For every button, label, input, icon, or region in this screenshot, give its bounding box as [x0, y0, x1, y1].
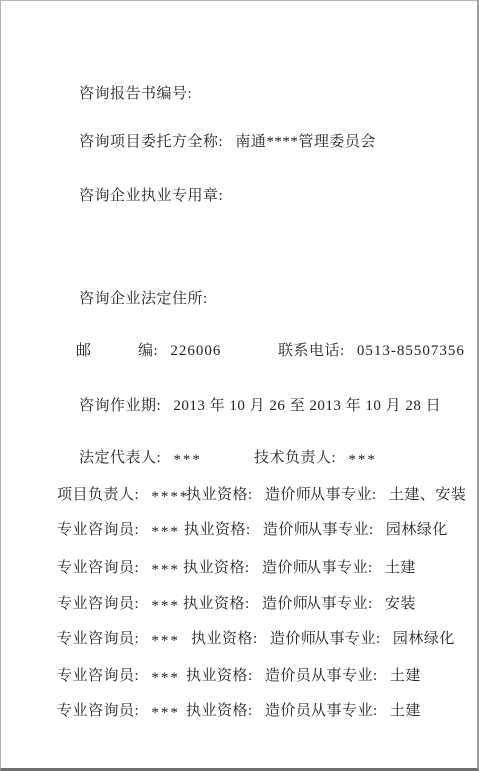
qualification-value: 造价师 — [263, 522, 310, 538]
work-period-label: 咨询作业期: — [79, 398, 161, 414]
document-page: 咨询报告书编号: 咨询项目委托方全称: 南通****管理委员会 咨询企业执业专用… — [0, 0, 479, 771]
qualification-value: 造价师 — [262, 560, 309, 576]
profession-label: 从事专业: — [310, 487, 377, 503]
profession-label: 从事专业: — [306, 596, 373, 612]
role-label: 专业咨询员: — [57, 668, 139, 684]
work-period-value: 2013 年 10 月 26 至 2013 年 10 月 28 日 — [173, 398, 441, 414]
client-name-label: 咨询项目委托方全称: — [79, 134, 223, 150]
postal-code-value: 226006 — [170, 343, 221, 359]
qualification-label: 执业资格: — [186, 487, 253, 503]
qualification-value: 造价师 — [265, 487, 312, 503]
qualification-label: 执业资格: — [184, 522, 251, 538]
profession-label: 从事专业: — [307, 522, 374, 538]
person-name: *** — [151, 670, 180, 686]
person-name: *** — [151, 562, 180, 578]
tech-rep-label: 技术负责人: — [254, 450, 336, 466]
person-name: *** — [151, 705, 180, 721]
postal-label: 编: — [138, 343, 158, 359]
tech-rep-value: *** — [348, 452, 377, 468]
role-label: 专业咨询员: — [57, 631, 139, 647]
role-label: 专业咨询员: — [57, 703, 139, 719]
qualification-label: 执业资格: — [191, 631, 258, 647]
profession-value: 土建 — [390, 703, 421, 719]
profession-label: 从事专业: — [311, 668, 378, 684]
qualification-label: 执业资格: — [186, 703, 253, 719]
profession-label: 从事专业: — [311, 703, 378, 719]
client-name-value: 南通****管理委员会 — [235, 134, 376, 150]
profession-value: 园林绿化 — [393, 631, 455, 647]
report-number-label: 咨询报告书编号: — [79, 86, 192, 102]
qualification-label: 执业资格: — [183, 596, 250, 612]
profession-value: 安装 — [385, 596, 416, 612]
person-name: **** — [151, 489, 189, 505]
postal-prefix-label: 邮 — [76, 343, 92, 359]
person-name: *** — [151, 633, 180, 649]
role-label: 项目负责人: — [57, 487, 139, 503]
profession-label: 从事专业: — [314, 631, 381, 647]
legal-rep-label: 法定代表人: — [79, 450, 161, 466]
qualification-value: 造价师 — [270, 631, 317, 647]
role-label: 专业咨询员: — [57, 560, 139, 576]
profession-label: 从事专业: — [306, 560, 373, 576]
qualification-value: 造价师 — [262, 596, 309, 612]
qualification-label: 执业资格: — [183, 560, 250, 576]
profession-value: 土建、安装 — [389, 487, 467, 503]
person-name: *** — [151, 524, 180, 540]
person-name: *** — [151, 598, 180, 614]
legal-rep-value: *** — [173, 452, 202, 468]
profession-value: 土建 — [390, 668, 421, 684]
role-label: 专业咨询员: — [57, 596, 139, 612]
profession-value: 园林绿化 — [386, 522, 448, 538]
phone-value: 0513-85507356 — [357, 343, 465, 359]
profession-value: 土建 — [385, 560, 416, 576]
qualification-value: 造价员 — [265, 703, 312, 719]
phone-label: 联系电话: — [278, 343, 345, 359]
qualification-value: 造价员 — [265, 668, 312, 684]
address-label: 咨询企业法定住所: — [79, 291, 208, 307]
role-label: 专业咨询员: — [57, 522, 139, 538]
qualification-label: 执业资格: — [186, 668, 253, 684]
seal-label: 咨询企业执业专用章: — [79, 188, 223, 204]
